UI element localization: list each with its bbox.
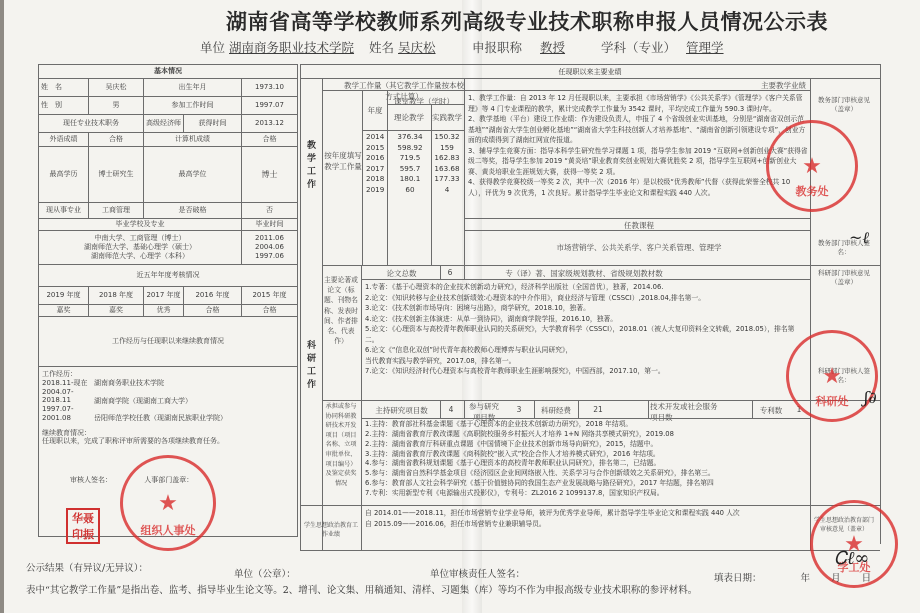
degree-value: 博士 (242, 147, 298, 203)
practice-cell: 150.32 (432, 132, 462, 143)
grad-time: 1997.06 (244, 252, 295, 261)
student-work-list: 自 2014.01——2018.11，担任市场营销专业学业导师，被评为优秀学业导… (365, 508, 805, 529)
practice-cell: 162.83 (432, 153, 462, 164)
current-title-label: 现任专业技术职务 (39, 115, 144, 133)
theory-cell: 376.34 (388, 132, 432, 143)
grid (880, 64, 881, 544)
paper-item: 当代教育实践与教学研究，2017.08，排名第一。 (365, 356, 805, 367)
paper-item: 4.论文：《技术创新主体演进：从单一到协同》，湖南商学院学报，2016.10，独… (365, 314, 805, 325)
document-page: 湖南省高等学校教师系列高级专业技术职称申报人员情况公示表 单位湖南商务职业技术学… (4, 0, 920, 613)
document-title: 湖南省高等学校教师系列高级专业技术职称申报人员情况公示表 (226, 6, 828, 36)
grad-school: 湖南师范大学、心理学（本科） (41, 252, 239, 261)
rank-value: 教授 (522, 40, 583, 55)
unit-seal-label: 单位（公章）： (234, 566, 296, 580)
paper-item: 1.专著：《基于心理资本的企业技术创新动力研究》，经济科学出版社（全国首优），独… (365, 282, 805, 293)
courses: 市场营销学、公共关系学、客户关系管理、管理学 (474, 242, 804, 253)
join-count: 3 (504, 405, 534, 414)
grid (464, 230, 810, 231)
project-item: 7.专利：实用新型专利《电源输出式投影仪》，专利号：ZL2016 2 10991… (365, 489, 805, 499)
workload-table: 2014376.34150.322015598.921592016719.516… (366, 132, 462, 195)
work-item: 2018.11-现在湖南商务职业技术学院 (42, 379, 294, 388)
projects-label: 承担或参与协同科研教研技术开发项目（项目名称、立项审批单位、项目编号）及鉴定获奖… (324, 402, 358, 488)
obtained-label: 获得时间 (184, 115, 242, 133)
theory-header: 理论教学 (389, 112, 429, 123)
workload-row: 2016719.5162.83 (366, 153, 462, 164)
paper-count-label: 论文总数 (364, 268, 439, 279)
papers-label: 主要论著或论文（标题、刊物名称、发表时间、作者排名、代表作） (324, 275, 358, 346)
year-cell: 2014 (366, 132, 388, 143)
result-label: 公示结果（有异议/无异议）： (26, 560, 148, 574)
grid (464, 90, 810, 91)
grad-time: 2004.06 (244, 243, 295, 252)
subject-field: 学科（专业）管理学 (601, 38, 734, 56)
paper-item: 5.论文：《心理资本与高校青年教师职业认同的关系研究》，大学教育科学（CSSCI… (365, 324, 805, 345)
grid (534, 400, 535, 418)
grid (752, 400, 753, 418)
assessment-year: 2015 年度 (242, 287, 298, 305)
grid (300, 78, 880, 79)
foreign-lang-value: 合格 (89, 133, 144, 147)
practice-cell: 159 (432, 143, 462, 154)
grid (578, 400, 579, 418)
grad-school: 中南大学、工商管理（博士） (41, 234, 239, 243)
work-history-header: 工作经历与任现职以来继续教育情况 (39, 317, 298, 367)
workload-row: 2014376.34150.32 (366, 132, 462, 143)
major-value: 工商管理 (89, 203, 144, 219)
grid (322, 265, 880, 266)
student-item: 自 2015.09——2016.06，担任市场营销专业兼职辅导员。 (365, 519, 805, 530)
project-item: 1.主持：教育部社科基金课题《基于心理资本的企业技术创新动力研究》，2018 年… (365, 420, 805, 430)
date-label: 填表日期： 年 月 日 (714, 570, 871, 584)
theory-cell: 719.5 (388, 153, 432, 164)
research-dept-label: 科研部门审核意见（盖章） (814, 268, 874, 286)
assessment-header: 近五年年度考核情况 (39, 265, 298, 287)
paper-count: 6 (441, 268, 459, 277)
projects-list: 1.主持：教育部社科基金课题《基于心理资本的企业技术创新动力研究》，2018 年… (365, 420, 805, 499)
rank-label: 申报职称 (472, 40, 522, 55)
fill-label: 按年度填写教学工作量 (324, 150, 362, 172)
year-cell: 2018 (366, 174, 388, 185)
name-field: 姓名吴庆松 (369, 38, 440, 56)
grid (361, 279, 810, 280)
signature: ~ℓ (849, 228, 869, 248)
perf-item: 1、教学工作量：自 2013 年 12 月任现职以来，主要承担《市场营销学》《公… (468, 93, 808, 114)
host-count: 4 (441, 405, 461, 414)
student-work-label: 学生思想政治教育工作业绩 (304, 520, 358, 538)
signature: ʃ∂ (864, 388, 877, 407)
patent-count-label: 专利数 (754, 405, 788, 416)
signer-label: 单位审核责任人签名： (430, 566, 525, 580)
year-cell: 2019 (366, 185, 388, 196)
assessment-year: 2019 年度 (39, 287, 89, 305)
continuing-edu-label: 继续教育情况： (42, 429, 294, 438)
grad-time-header: 毕业时间 (242, 219, 298, 231)
perf-item: 3、辅导学生竞赛方面：指导本科学生研究性学习课题 1 项，指导学生参加 2019… (468, 146, 808, 178)
work-item: 2004.07-2018.11湖南商学院（现湖南工商大学） (42, 388, 294, 406)
grid (387, 104, 464, 105)
year-header: 年度 (364, 105, 386, 116)
teaching-performance: 1、教学工作量：自 2013 年 12 月任现职以来，主要承担《市场营销学》《公… (468, 93, 808, 198)
unit-value: 湖南商务职业技术学院 (225, 40, 358, 55)
assessment-year: 2016 年度 (184, 287, 242, 305)
year-cell: 2017 (366, 164, 388, 175)
grad-time: 2011.06 (244, 234, 295, 243)
fund-value: 21 (578, 405, 618, 414)
computer-value: 合格 (242, 133, 298, 147)
unit-field: 单位湖南商务职业技术学院 (200, 38, 358, 56)
grad-schools: 中南大学、工商管理（博士） 湖南师范大学、基础心理学（硕士） 湖南师范大学、心理… (39, 231, 242, 265)
project-item: 2.主持：湖南省教育厅科研重点课题《中国情境下企业技术创新市场导向研究》，201… (365, 440, 805, 450)
practice-cell: 177.33 (432, 174, 462, 185)
grad-times: 2011.06 2004.06 1997.06 (242, 231, 298, 265)
star-icon: ★ (158, 491, 178, 516)
year-cell: 2015 (366, 143, 388, 154)
computer-label: 计算机成绩 (144, 133, 242, 147)
name-label: 姓名 (369, 40, 394, 55)
signature: Ꮯℓ∞ (834, 548, 869, 569)
theory-cell: 60 (388, 185, 432, 196)
work-start-label: 参加工作时间 (144, 97, 242, 115)
degree-label: 最高学位 (144, 147, 242, 203)
name-label: 姓 名 (39, 79, 89, 97)
grid (464, 218, 810, 219)
grid (464, 265, 465, 279)
assessment-result: 嘉奖 (89, 305, 144, 317)
grid (440, 265, 441, 279)
teaching-section-label: 教学工作 (304, 140, 317, 192)
class-hours-header: 课堂教学（学时） (389, 96, 459, 107)
grid (362, 130, 464, 131)
grad-school-header: 毕业学校及专业 (39, 219, 242, 231)
exception-label: 是否破格 (144, 203, 242, 219)
grid (464, 400, 465, 418)
right-header: 任现职以来主要业绩 (300, 64, 880, 78)
continuing-edu-text: 任现职以来，完成了职称评审所需要的各项继续教育任务。 (42, 437, 294, 446)
foreign-lang-label: 外语成绩 (39, 133, 89, 147)
perf-item: 2、教学基地（平台）建设工作业绩：作为建设负责人，申报了 4 个省级创业实训基地… (468, 114, 808, 146)
assessment-result: 嘉奖 (39, 305, 89, 317)
host-count-label: 主持研究项目数 (364, 405, 439, 416)
grid (361, 265, 362, 550)
rank-field: 申报职称教授 (472, 38, 583, 56)
workload-row: 2018180.1177.33 (366, 174, 462, 185)
birth-label: 出生年月 (144, 79, 242, 97)
project-item: 2.主持：湖南省教育厅教改课题《高职院校服务乡村振兴人才培养 1+N 网络共享模… (365, 430, 805, 440)
grid (361, 418, 810, 419)
theory-cell: 180.1 (388, 174, 432, 185)
exception-value: 否 (242, 203, 298, 219)
obtained-value: 2013.12 (242, 115, 298, 133)
theory-cell: 598.92 (388, 143, 432, 154)
paper-item: 7.论文：《知识经济时代心理资本与高校青年教师职业生涯影响探究》，中国西部，20… (365, 366, 805, 377)
papers-list: 1.专著：《基于心理资本的企业技术创新动力研究》，经济科学出版社（全国首优），独… (365, 282, 805, 377)
grid (300, 64, 301, 550)
assessment-year: 2017 年度 (144, 287, 184, 305)
personal-seal: 华聂印振 (66, 508, 100, 544)
subject-label: 学科（专业） (601, 40, 676, 55)
assessment-year: 2018 年度 (89, 287, 144, 305)
grid (300, 550, 880, 551)
assessment-result: 合格 (242, 305, 298, 317)
workload-row: 2017595.7163.68 (366, 164, 462, 175)
work-exp-label: 工作经历： (42, 370, 294, 379)
assessment-result: 合格 (184, 305, 242, 317)
footnote: 表中“其它教学工作量”是指出卷、监考、指导毕业生论文等。2、增刊、论文集、用稿通… (26, 582, 697, 596)
project-item: 3.主持：湖南省教育厅教改课题《商科院校“嵌入式”校企合作人才培养模式研究》，2… (365, 450, 805, 460)
grid (440, 400, 441, 418)
grid (648, 400, 649, 418)
practice-header: 实践教学 (432, 112, 462, 123)
name-value: 吴庆松 (89, 79, 144, 97)
star-icon: ★ (802, 154, 822, 179)
grid (464, 78, 465, 265)
workload-row: 2015598.92159 (366, 143, 462, 154)
assessment-result: 优秀 (144, 305, 184, 317)
grid (322, 90, 464, 91)
project-item: 6.参与：教育部人文社会科学研究《基于价值链协同的我国生态产业发展战略与路径研究… (365, 479, 805, 489)
birth-value: 1973.10 (242, 79, 298, 97)
work-start-value: 1997.07 (242, 97, 298, 115)
research-office-stamp: ★ 科研处 (786, 330, 878, 422)
books-label: 专（译）著、国家级规划教材、省级规划教材数 (474, 268, 694, 279)
practice-cell: 4 (432, 185, 462, 196)
work-item: 1997.07-2001.08岳阳师范学校任教（现湖南民族职业学院） (42, 405, 294, 423)
grid (362, 90, 363, 265)
basic-info-header: 基本情况 (39, 65, 298, 79)
education-label: 最高学历 (39, 147, 89, 203)
reviewer-label: 审核人签名： (70, 476, 112, 484)
workload-row: 2019604 (366, 185, 462, 196)
grid (300, 505, 880, 506)
gender-value: 男 (89, 97, 144, 115)
student-item: 自 2014.01——2018.11，担任市场营销专业学业导师，被评为优秀学业导… (365, 508, 805, 519)
theory-cell: 595.7 (388, 164, 432, 175)
paper-item: 3.论文：《技术创新市场导向：困境与出路》，商学研究，2018.10，独著。 (365, 303, 805, 314)
fund-label: 科研经费 (536, 405, 576, 416)
subject-value: 管理学 (676, 40, 734, 55)
hr-stamp: ★ 组织人事处 (120, 455, 216, 551)
perf-item: 4、获得教学竞赛校级一等奖 2 次，其中一次（2016 年）是以校级“优秀教师”… (468, 177, 808, 198)
current-title-value: 高级经济师 (144, 115, 184, 133)
grid (322, 78, 323, 550)
practice-cell: 163.68 (432, 164, 462, 175)
star-icon: ★ (822, 364, 842, 389)
project-item: 5.参与：湖南省自然科学基金项目《经济园区企业间网络嵌入性、关系学习与合作创新绩… (365, 469, 805, 479)
name-value: 吴庆松 (394, 40, 440, 55)
academic-dept-label: 教务部门审核意见（盖章） (814, 95, 874, 113)
grad-school: 湖南师范大学、基础心理学（硕士） (41, 243, 239, 252)
project-item: 4.参与：湖南省教科规划课题《基于心理资本的高校青年教师职业认同研究》，排名第二… (365, 459, 805, 469)
paper-item: 2.论文：《知识转移与企业技术创新绩效:心理资本的中介作用》，商业经济与管理（C… (365, 293, 805, 304)
paper-item: 6.论文《“信息化双创”时代青年高校教师心理博弈与职业认同研究》， (365, 345, 805, 356)
unit-label: 单位 (200, 40, 225, 55)
education-value: 博士研究生 (89, 147, 144, 203)
gender-label: 性 别 (39, 97, 89, 115)
academic-affairs-stamp: ★ 教务处 (766, 120, 858, 212)
major-label: 现从事专业 (39, 203, 89, 219)
research-section-label: 科研工作 (304, 340, 317, 392)
year-cell: 2016 (366, 153, 388, 164)
